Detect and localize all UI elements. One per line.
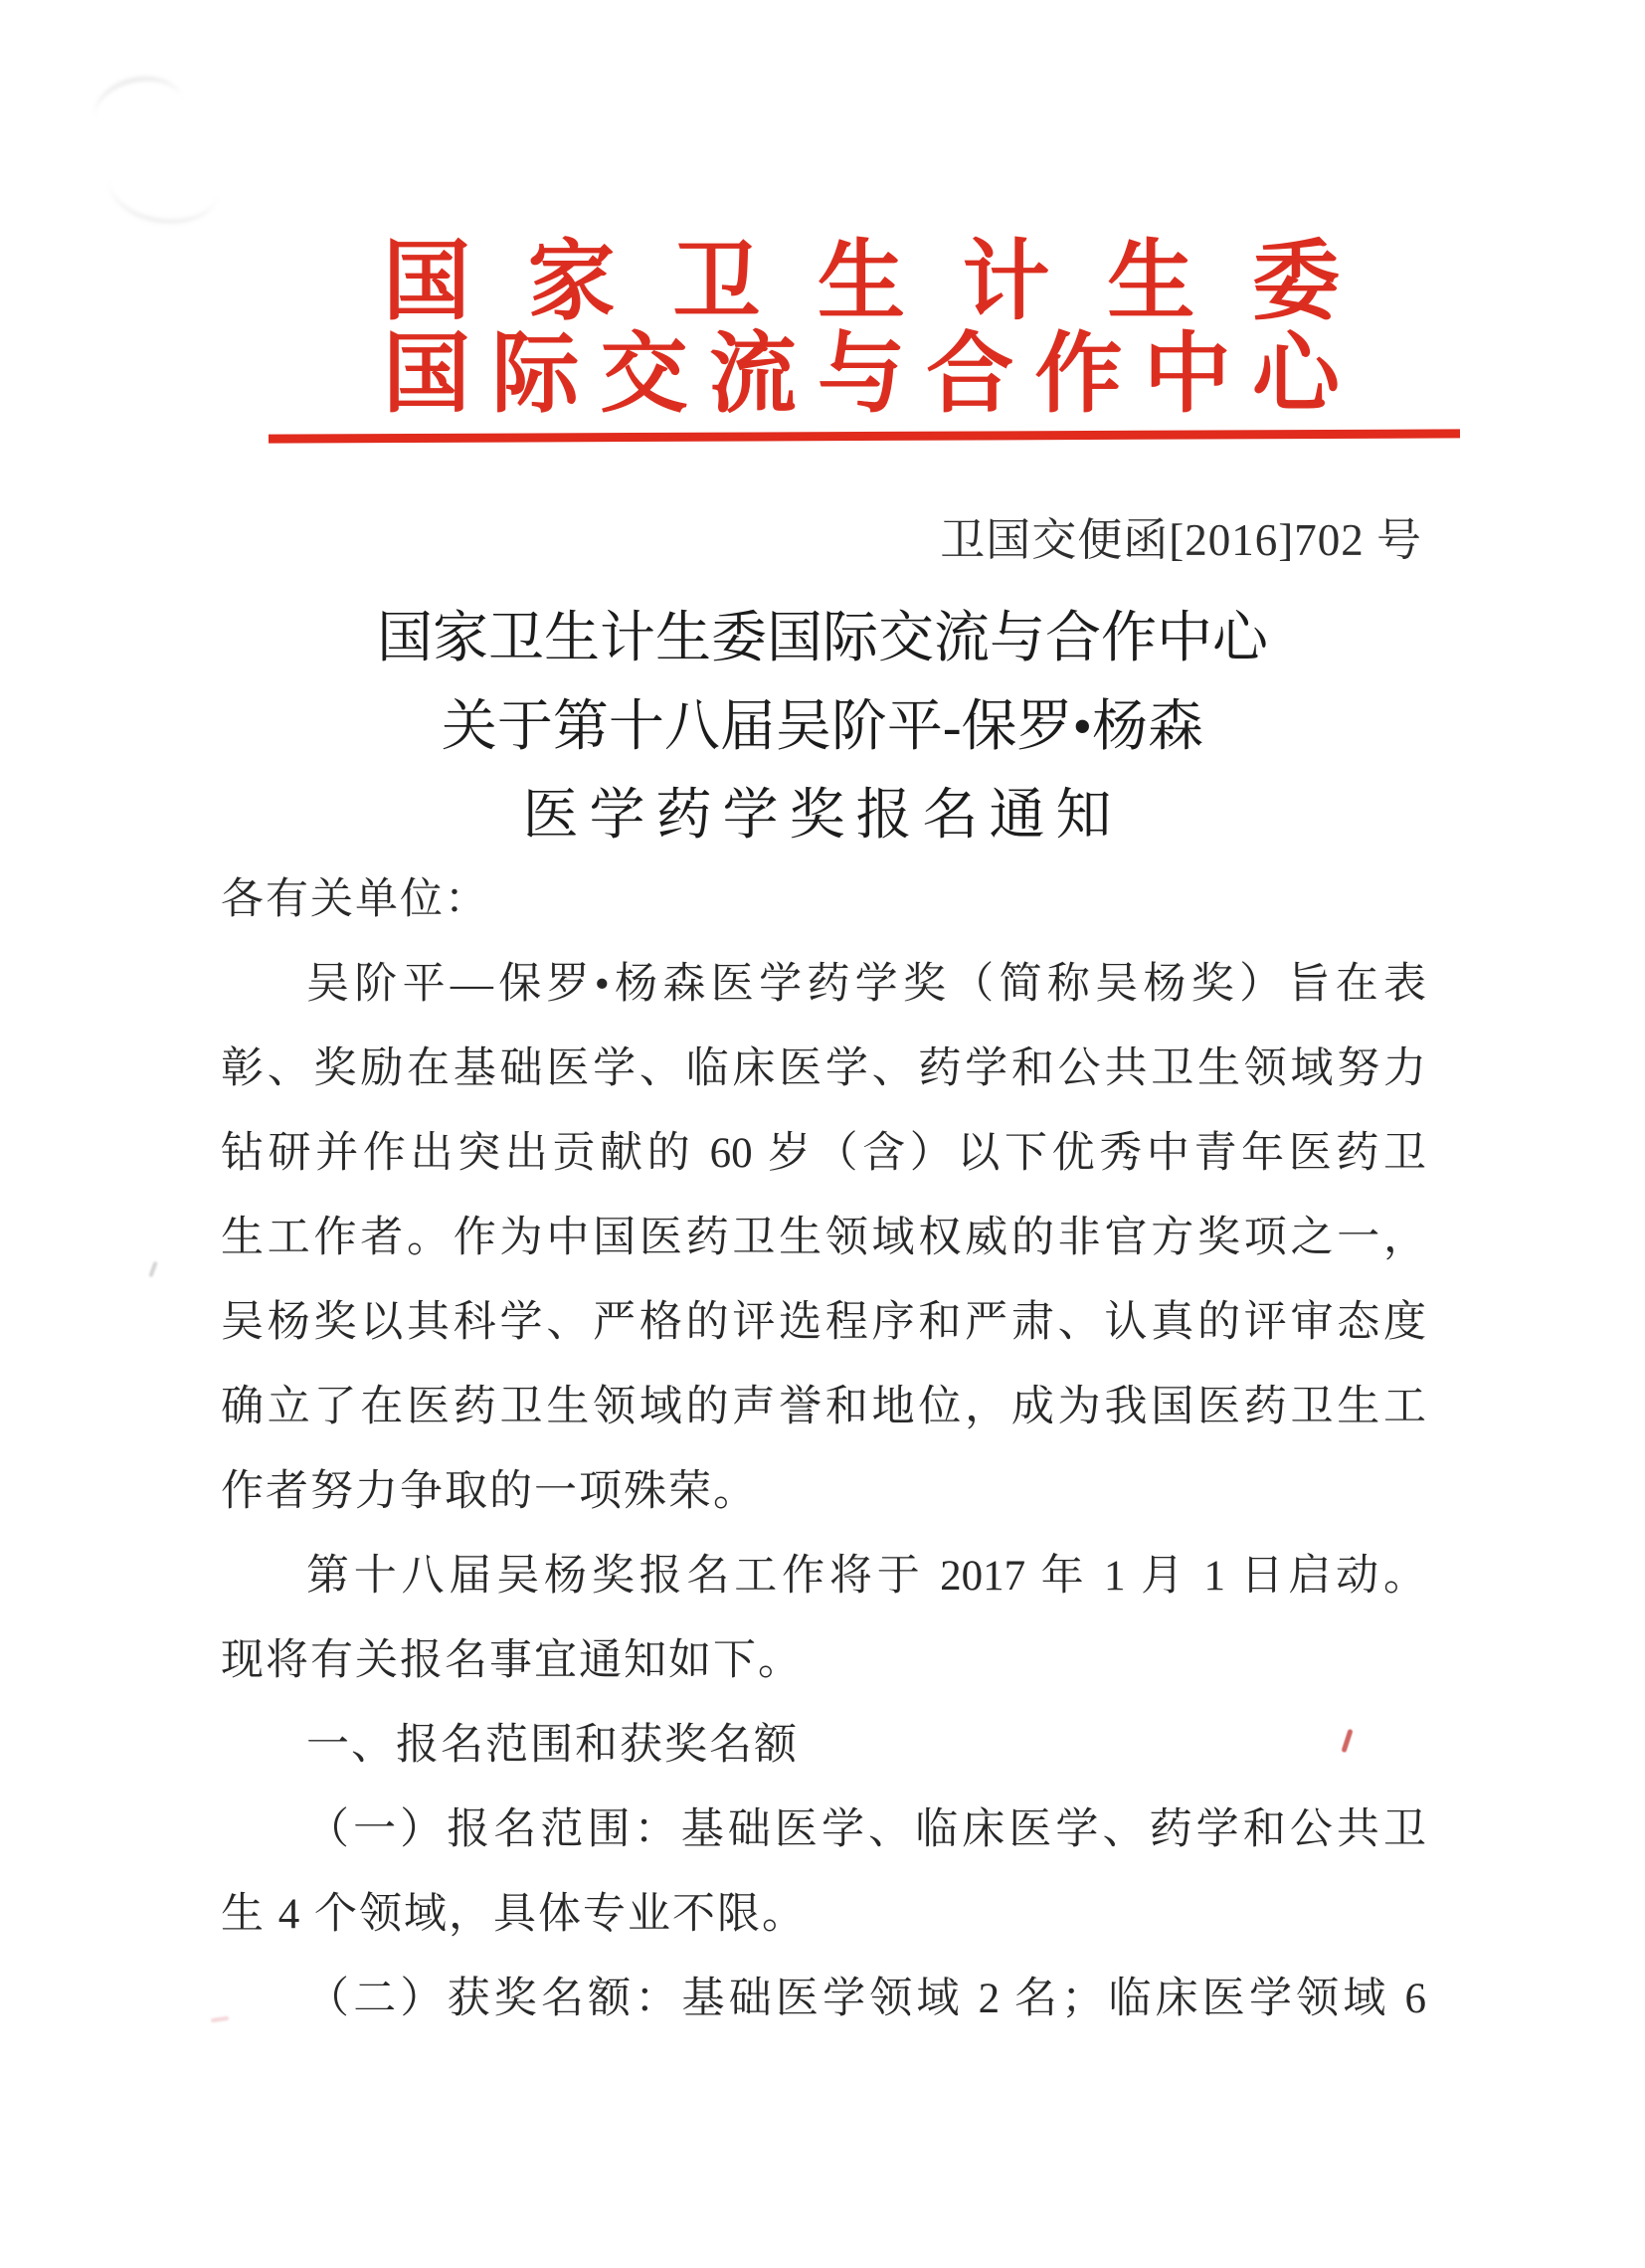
body-text: 各有关单位：吴阶平—保罗•杨森医学药学奖（简称吴杨奖）旨在表彰、奖励在基础医学、… (221, 857, 1426, 2041)
body-line: 吴阶平—保罗•杨森医学药学奖（简称吴杨奖）旨在表 (221, 942, 1426, 1027)
document-title-line: 医学药学奖报名通知 (0, 772, 1645, 860)
body-line: （二）获奖名额：基础医学领域 2 名；临床医学领域 6 (221, 1957, 1426, 2041)
body-line: 钻研并作出突出贡献的 60 岁（含）以下优秀中青年医药卫 (221, 1111, 1426, 1196)
body-line: 第十八届吴杨奖报名工作将于 2017 年 1 月 1 日启动。 (221, 1534, 1426, 1618)
body-line: 生 4 个领域，具体专业不限。 (221, 1872, 1426, 1957)
document-page: 国家卫生计生委国际交流与合作中心 卫国交便函[2016]702 号 国家卫生计生… (0, 0, 1645, 2268)
body-line: 生工作者。作为中国医药卫生领域权威的非官方奖项之一， (221, 1196, 1426, 1280)
letterhead-line: 国家卫生计生委 (383, 237, 1340, 329)
document-title-line: 国家卫生计生委国际交流与合作中心 (0, 595, 1645, 683)
letterhead: 国家卫生计生委国际交流与合作中心 (383, 237, 1340, 422)
document-title-line: 关于第十八届吴阶平-保罗•杨森 (0, 683, 1645, 772)
scan-smudge (89, 69, 189, 149)
body-line: 现将有关报名事宜通知如下。 (221, 1618, 1426, 1703)
scan-pen-mark (148, 1261, 157, 1277)
document-title: 国家卫生计生委国际交流与合作中心关于第十八届吴阶平-保罗•杨森医学药学奖报名通知 (0, 595, 1645, 860)
scan-smudge (104, 142, 223, 231)
body-line: 彰、奖励在基础医学、临床医学、药学和公共卫生领域努力 (221, 1027, 1426, 1111)
letterhead-line: 国际交流与合作中心 (383, 329, 1340, 422)
body-line: 吴杨奖以其科学、严格的评选程序和严肃、认真的评审态度 (221, 1280, 1426, 1365)
body-line: （一）报名范围：基础医学、临床医学、药学和公共卫 (221, 1788, 1426, 1872)
document-number: 卫国交便函[2016]702 号 (940, 515, 1422, 565)
body-line: 一、报名范围和获奖名额 (221, 1703, 1426, 1788)
body-line: 各有关单位： (221, 857, 1426, 942)
body-line: 确立了在医药卫生领域的声誉和地位，成为我国医药卫生工 (221, 1365, 1426, 1449)
letterhead-rule (269, 429, 1460, 443)
body-line: 作者努力争取的一项殊荣。 (221, 1449, 1426, 1534)
